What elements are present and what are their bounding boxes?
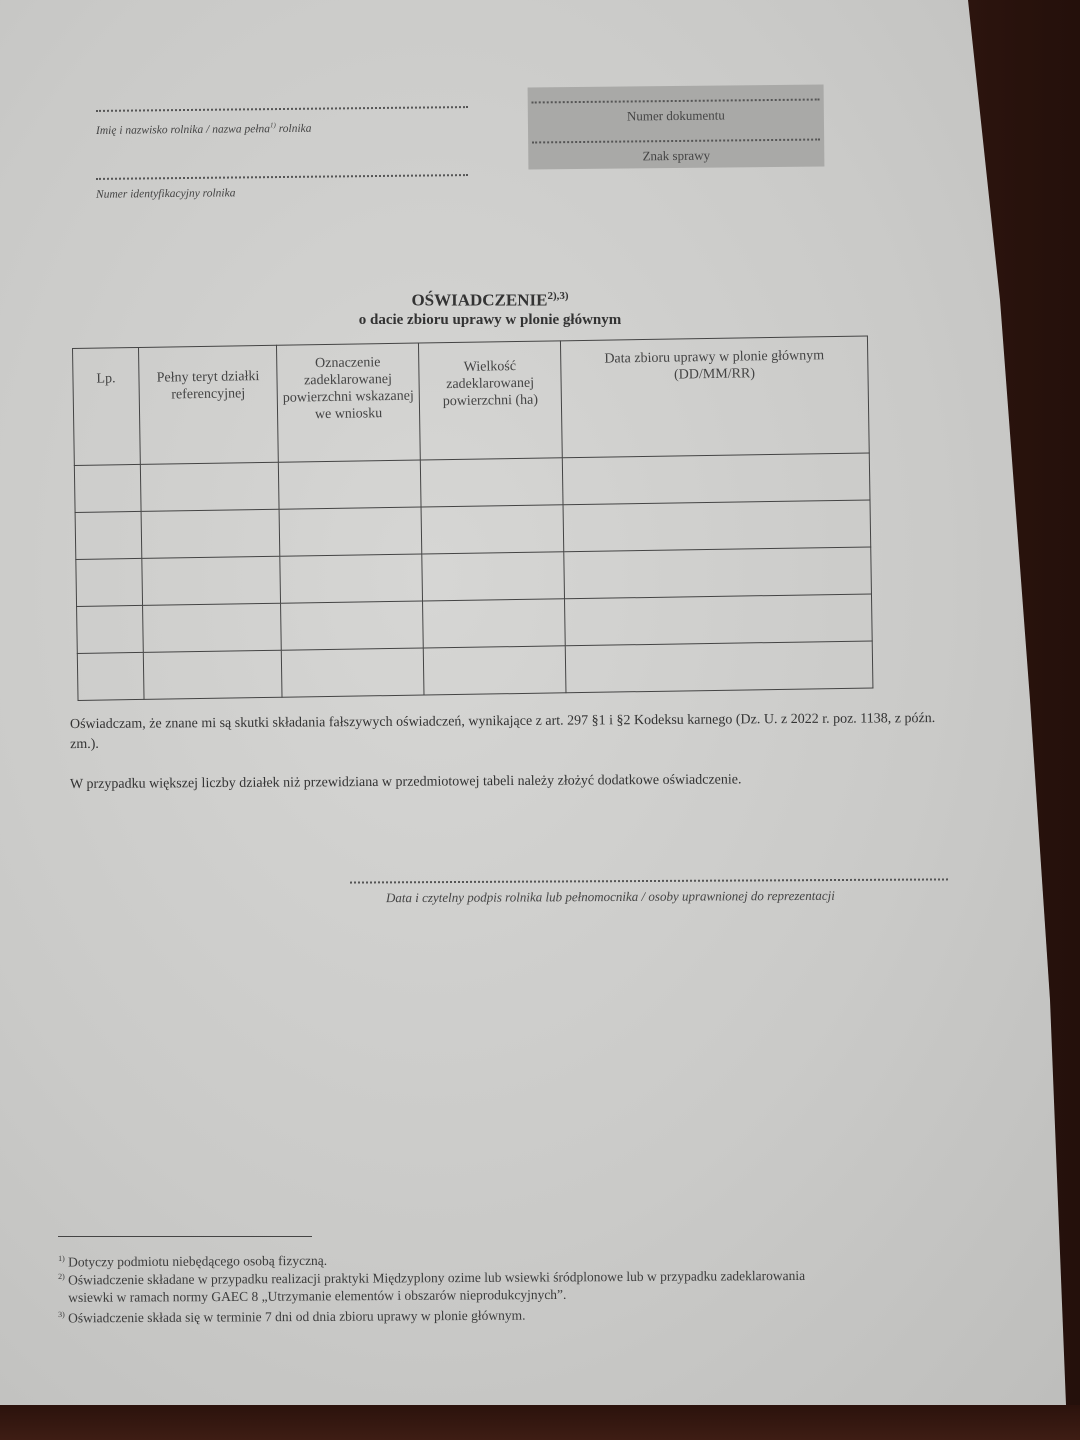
table-header-row: Lp. Pełny teryt działki referencyjnej Oz… [73, 336, 870, 465]
table-cell[interactable] [142, 556, 281, 605]
name-field-line[interactable] [96, 106, 468, 112]
col-header-designation: Oznaczenie zadeklarowanej powierzchni ws… [276, 343, 420, 462]
table-cell[interactable] [77, 605, 144, 653]
table-cell[interactable] [279, 507, 422, 556]
table-cell[interactable] [423, 646, 566, 695]
document-title: OŚWIADCZENIE2),3) [0, 290, 980, 311]
table-cell[interactable] [422, 552, 565, 601]
signature-line[interactable] [350, 878, 948, 883]
col-header-teryt: Pełny teryt działki referencyjnej [138, 345, 278, 464]
table-cell[interactable] [280, 554, 423, 603]
additional-declaration-note: W przypadku większej liczby działek niż … [70, 769, 950, 795]
false-statement-clause: Oświadczam, że znane mi są skutki składa… [70, 709, 950, 755]
declaration-table: Lp. Pełny teryt działki referencyjnej Oz… [72, 335, 873, 700]
table-surface [0, 1405, 1080, 1440]
col-header-harvest-date: Data zbioru uprawy w plonie głównym (DD/… [560, 336, 869, 458]
case-sign-label: Znak sprawy [528, 146, 824, 165]
table-cell[interactable] [76, 558, 143, 606]
footnote-3: 3) Oświadczenie składa się w terminie 7 … [58, 1300, 978, 1326]
table-cell[interactable] [281, 648, 424, 697]
table-cell[interactable] [75, 511, 142, 559]
footnote-separator [58, 1236, 312, 1237]
col-header-lp: Lp. [73, 347, 141, 465]
footnote-2: 2) Oświadczenie składane w przypadku rea… [58, 1262, 978, 1305]
document-page: Imię i nazwisko rolnika / nazwa pełna1) … [0, 0, 1080, 1440]
signature-label: Data i czytelny podpis rolnika lub pełno… [386, 888, 835, 906]
col-header-area: Wielkość zadeklarowanej powierzchni (ha) [418, 341, 562, 460]
table-cell[interactable] [565, 641, 873, 693]
doc-number-line[interactable] [532, 98, 820, 103]
table-cell[interactable] [563, 500, 871, 552]
table-cell[interactable] [564, 547, 872, 599]
table-cell[interactable] [141, 509, 280, 558]
table-cell[interactable] [565, 594, 873, 646]
table-cell[interactable] [423, 599, 566, 648]
table-cell[interactable] [143, 603, 282, 652]
case-sign-line[interactable] [532, 138, 820, 143]
id-field-line[interactable] [96, 174, 468, 180]
office-use-box: Numer dokumentu Znak sprawy [528, 84, 825, 169]
table-cell[interactable] [281, 601, 424, 650]
table-cell[interactable] [278, 460, 421, 509]
document-subtitle: o dacie zbioru uprawy w plonie głównym [0, 312, 980, 329]
table-cell[interactable] [562, 453, 870, 505]
table-cell[interactable] [421, 505, 564, 554]
table-cell[interactable] [140, 462, 279, 511]
doc-number-label: Numer dokumentu [528, 106, 824, 125]
name-field-label: Imię i nazwisko rolnika / nazwa pełna1) … [96, 121, 312, 137]
table-cell[interactable] [74, 464, 141, 512]
table-cell[interactable] [77, 652, 144, 700]
table-cell[interactable] [420, 458, 563, 507]
table-cell[interactable] [143, 650, 282, 699]
id-field-label: Numer identyfikacyjny rolnika [96, 187, 236, 200]
